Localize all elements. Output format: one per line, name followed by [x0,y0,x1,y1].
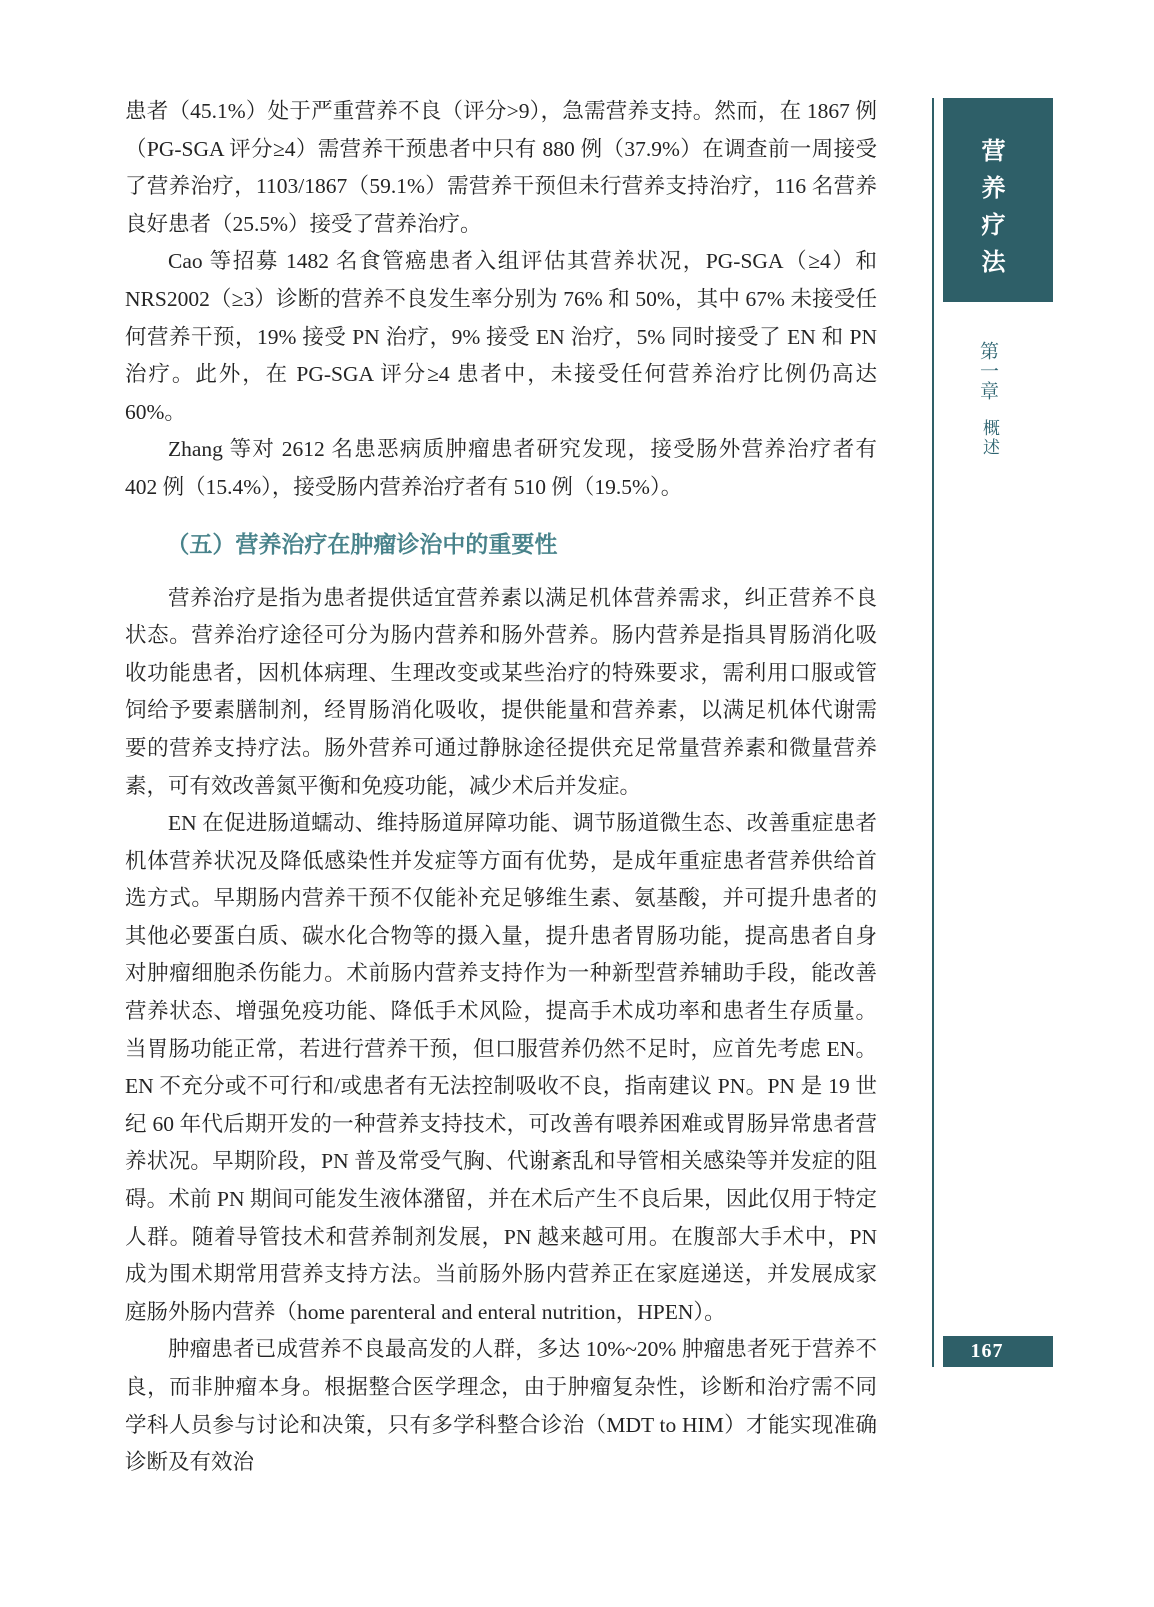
page-number: 167 [971,1340,1004,1363]
main-text-column: 患者（45.1%）处于严重营养不良（评分>9），急需营养支持。然而，在 1867… [125,93,877,1482]
chapter-label-vertical: 第一章 [974,341,1001,401]
body-paragraph: Zhang 等对 2612 名患恶病质肿瘤患者研究发现，接受肠外营养治疗者有 4… [125,431,877,506]
body-paragraph: EN 在促进肠道蠕动、维持肠道屏障功能、调节肠道微生态、改善重症患者机体营养状况… [125,805,877,1331]
book-page: 患者（45.1%）处于严重营养不良（评分>9），急需营养支持。然而，在 1867… [0,0,1154,1607]
body-paragraph: 患者（45.1%）处于严重营养不良（评分>9），急需营养支持。然而，在 1867… [125,93,877,243]
body-paragraph: 营养治疗是指为患者提供适宜营养素以满足机体营养需求，纠正营养不良状态。营养治疗途… [125,580,877,806]
body-paragraph: Cao 等招募 1482 名食管癌患者入组评估其营养状况，PG-SGA（≥4）和… [125,243,877,431]
book-title-vertical: 营养疗法 [973,138,1008,286]
body-paragraph: 肿瘤患者已成营养不良最高发的人群，多达 10%~20% 肿瘤患者死于营养不良，而… [125,1331,877,1481]
section-heading: （五）营养治疗在肿瘤诊治中的重要性 [125,525,877,563]
page-number-box: 167 [943,1336,1053,1367]
sidebar-title-tab: 营养疗法 [943,98,1053,302]
sidebar-vertical-rule [932,98,934,1367]
chapter-name-vertical: 概述 [977,419,1002,457]
